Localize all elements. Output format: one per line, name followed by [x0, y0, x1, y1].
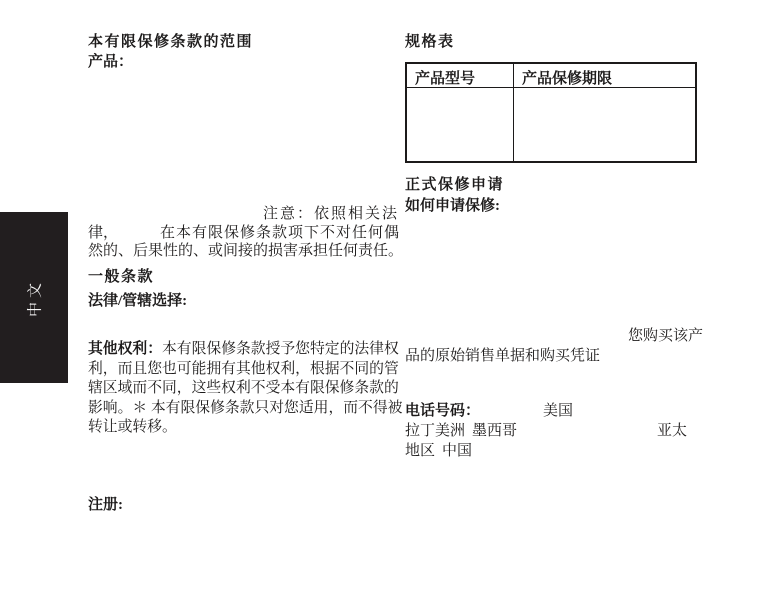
- region-apac-line1: 亚太: [657, 422, 687, 440]
- other-rights-label: 其他权利：: [88, 341, 162, 357]
- purchase-proof-line1: 您购买该产: [628, 327, 703, 345]
- language-side-tab: 中文: [0, 212, 68, 383]
- spec-table-header-row: 产品型号 产品保修期限: [407, 64, 695, 88]
- product-label: 产品：: [88, 53, 133, 71]
- country-china: 中国: [442, 442, 472, 460]
- warranty-document-page: 中文 本有限保修条款的范围 产品： 注意：依照相关法 律， 在本有限保修条款项下…: [0, 0, 765, 595]
- notice-line2-start: 律，: [88, 224, 118, 242]
- other-rights-line4: 影响。＊ 本有限保修条款只对您适用，而不得被: [88, 399, 408, 419]
- country-mexico: 墨西哥: [472, 422, 517, 440]
- other-rights-line5: 转让或转移。: [88, 418, 408, 438]
- notice-line3: 然的、后果性的、或间接的损害承担任何责任。: [88, 242, 403, 260]
- region-apac-line2: 地区: [405, 442, 435, 460]
- specs-heading: 规格表: [405, 33, 455, 51]
- spec-table-column-divider: [513, 64, 514, 161]
- purchase-proof-line2: 品的原始销售单据和购买凭证: [405, 347, 600, 365]
- notice-line1: 注意：依照相关法: [263, 205, 399, 223]
- spec-table: 产品型号 产品保修期限: [405, 62, 697, 163]
- other-rights-line3: 辖区域而不同，这些权利不受本有限保修条款的: [88, 379, 408, 399]
- other-rights-line1: 其他权利：本有限保修条款授予您特定的法律权: [88, 340, 408, 360]
- general-terms-heading: 一般条款: [88, 268, 154, 286]
- other-rights-line1-text: 本有限保修条款授予您特定的法律权: [162, 341, 399, 357]
- country-us: 美国: [543, 402, 573, 420]
- scope-heading: 本有限保修条款的范围: [88, 33, 253, 51]
- spec-table-header-warranty-period: 产品保修期限: [513, 64, 695, 87]
- other-rights-line2: 利，而且您也可能拥有其他权利，根据不同的管: [88, 360, 408, 380]
- phone-numbers-label: 电话号码：: [405, 402, 480, 420]
- spec-table-header-product-model: 产品型号: [407, 64, 513, 87]
- region-latam: 拉丁美洲: [405, 422, 465, 440]
- law-choice-label: 法律/管辖选择:: [88, 292, 187, 310]
- how-to-claim-label: 如何申请保修:: [405, 197, 500, 215]
- language-tab-label: 中文: [24, 278, 45, 316]
- claim-heading: 正式保修申请: [405, 176, 504, 194]
- notice-line2-rest: 在本有限保修条款项下不对任何偶: [160, 224, 400, 242]
- register-label: 注册:: [88, 496, 123, 514]
- other-rights-paragraph: 其他权利：本有限保修条款授予您特定的法律权 利，而且您也可能拥有其他权利，根据不…: [88, 340, 408, 438]
